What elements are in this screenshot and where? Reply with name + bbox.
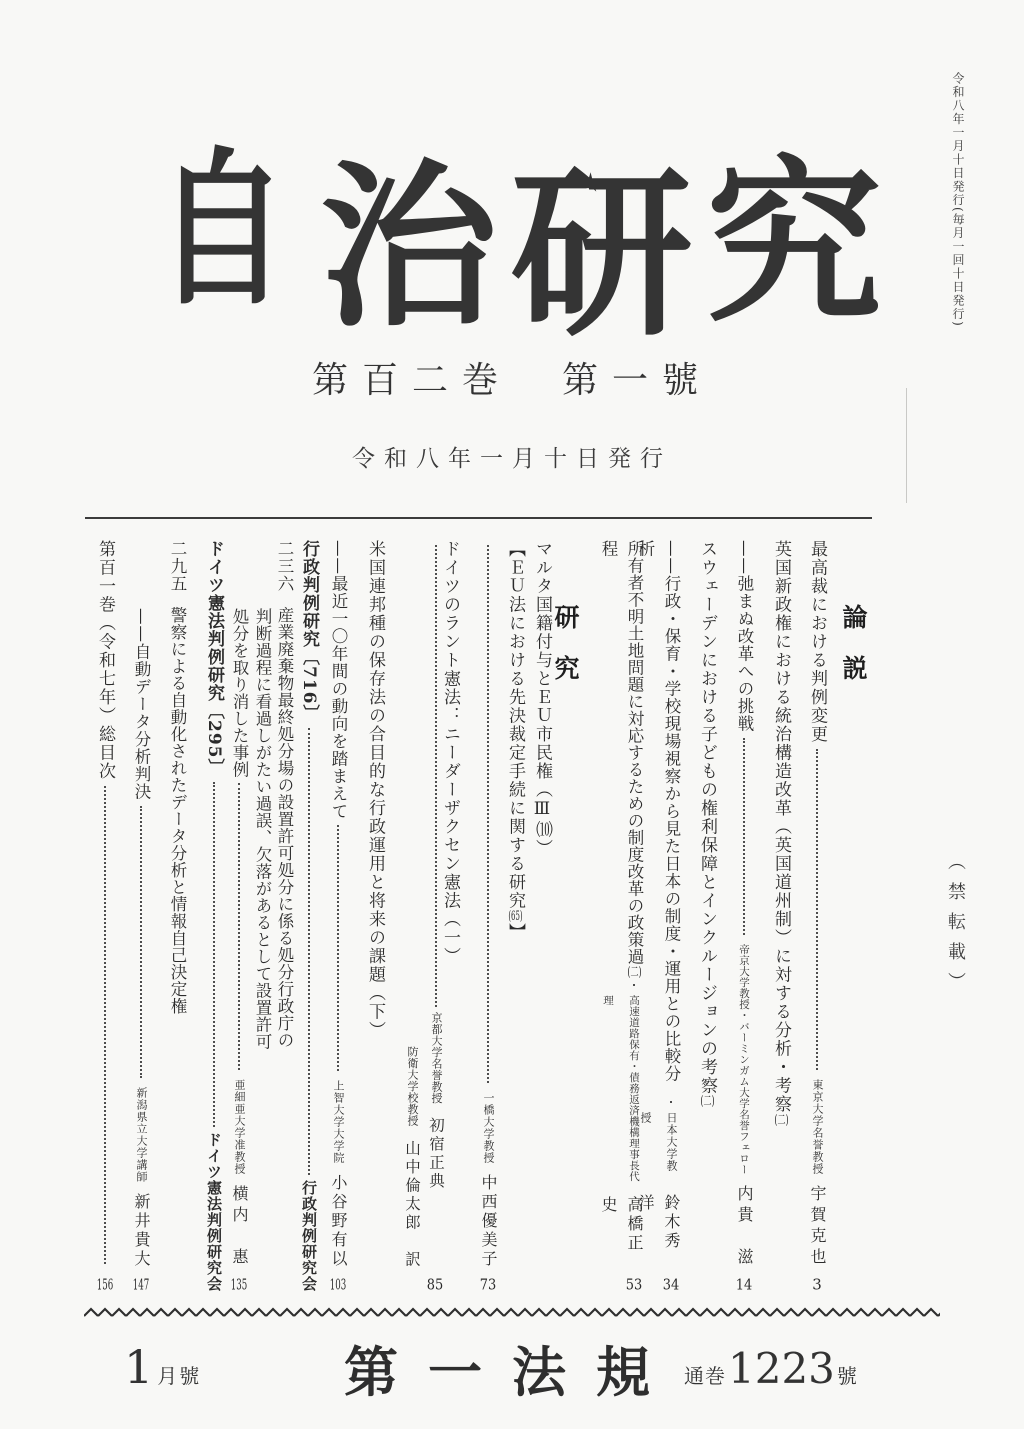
journal-title-char: 研 xyxy=(511,110,693,371)
volume-issue-line: 第百二巻 第一號 xyxy=(0,352,1024,403)
toc-entry-title: 【ＥＵ法における先決裁定手続に関する研究 xyxy=(505,540,525,910)
toc-author-affiliation: 防衛大学校教授 xyxy=(406,1046,419,1127)
no-reprint-notice: （禁転載） xyxy=(942,852,968,1022)
toc-entry: ——自動データ分析判決 新潟県立大学講師 新井貴大 147 xyxy=(128,540,154,1292)
toc-leader-dots xyxy=(658,1096,684,1108)
toc-research-group: 行政判例研究会 xyxy=(296,1180,322,1292)
scanned-journal-cover: { "publication": { "edge_note": "令和八年一月十… xyxy=(0,0,1024,1429)
toc-case-number: 二三六 xyxy=(275,540,294,593)
toc-entry-title: マルタ国籍付与とＥＵ市民権（Ⅲ⑽） xyxy=(532,540,552,858)
toc-page-number: 3 xyxy=(804,1277,830,1292)
toc-leader-dots xyxy=(325,820,351,1076)
serial-number-label: 通巻 1223 號 xyxy=(684,1344,858,1393)
toc-leader-dots xyxy=(731,733,757,941)
toc-leader-dots xyxy=(228,778,250,1075)
toc-series-title: ドイツ憲法判例研究〔295〕 xyxy=(201,540,227,777)
toc-page-number: 103 xyxy=(325,1277,351,1292)
journal-title-char: 究 xyxy=(706,102,882,355)
toc-series-header: 行政判例研究〔716〕 行政判例研究会 xyxy=(296,540,322,1292)
toc-author-line: 京都大学名誉教授 初宿正典 xyxy=(424,1012,448,1269)
toc-leader-dots xyxy=(128,801,154,1084)
toc-author-name: 鈴木秀洋 xyxy=(658,1194,684,1269)
issue-date-line: 令和八年一月十日発行 xyxy=(0,440,1024,473)
toc-author-name: 中西優美子 xyxy=(475,1174,501,1269)
toc-entry: 所有者不明土地問題に対応するための制度改革の政策過程(二) 高速道路保有・債務返… xyxy=(621,540,647,1292)
toc-leader-dots xyxy=(424,540,448,1012)
toc-author-name: 高橋正史 xyxy=(621,1196,647,1269)
toc-entry: ——最近一〇年間の動向を踏まえて 上智大学大学院 小谷野有以 103 xyxy=(325,540,351,1292)
toc-title-number: (二) xyxy=(700,1095,715,1108)
toc-title-number: (65) xyxy=(508,910,523,923)
toc-leader-dots xyxy=(296,723,322,1181)
journal-title: 自 治 研 究 xyxy=(138,96,882,371)
toc-page-number: 85 xyxy=(424,1277,448,1292)
toc-author-affiliation: 一橋大学教授 xyxy=(475,1092,501,1164)
toc-entry-title-line: 二九五警察による自動化されたデータ分析と情報自己決定権 xyxy=(164,540,190,1292)
toc-author-affiliation: 東京大学名誉教授 xyxy=(804,1079,830,1175)
toc-entry-title: 処分を取り消した事例 xyxy=(228,608,250,778)
toc-author-affiliation: 京都大学名誉教授 xyxy=(430,1012,443,1104)
toc-entry: 一橋大学教授 中西優美子 73 xyxy=(475,540,501,1292)
toc-author-name: 初宿正典 xyxy=(424,1117,448,1191)
journal-title-char: 自 xyxy=(156,96,287,337)
toc-series-header: ドイツ憲法判例研究〔295〕 ドイツ憲法判例研究会 xyxy=(201,540,227,1292)
toc-author-name: 小谷野有以 xyxy=(325,1174,351,1269)
toc-entry: 処分を取り消した事例 亜細亜大学准教授 横内 惠 135 xyxy=(228,540,250,1292)
toc-author-name: 山中倫太郎 訳 xyxy=(400,1140,424,1270)
toc-title-bracket: 】 xyxy=(505,923,525,942)
toc-page-number: 135 xyxy=(228,1277,250,1292)
publisher-logo: 第一法規 xyxy=(0,1330,1024,1407)
toc-leader-dots xyxy=(804,744,830,1076)
toc-entry: ——弛まぬ改革への挑戦 帝京大学教授・バーミンガム大学名誉フェロー 内貴 滋 1… xyxy=(731,540,757,1292)
toc-author-affiliation: 上智大学大学院 xyxy=(325,1080,351,1164)
toc-author-affiliation: 帝京大学教授・バーミンガム大学名誉フェロー xyxy=(731,944,757,1175)
scan-artifact-line xyxy=(906,388,907,503)
serial-number: 1223 xyxy=(728,1344,835,1393)
toc-page-number: 34 xyxy=(658,1277,684,1292)
toc-page-number: 147 xyxy=(128,1277,154,1292)
toc-leader-dots xyxy=(475,540,501,1088)
toc-page-number: 14 xyxy=(731,1277,757,1292)
toc-entry-title: 警察による自動化されたデータ分析と情報自己決定権 xyxy=(168,607,187,1015)
toc-entry-title: 最高裁における判例変更 xyxy=(804,540,830,744)
journal-title-char: 治 xyxy=(319,104,497,360)
toc-section-ronsetsu: 論説 xyxy=(840,604,866,734)
toc-title-number: (二) xyxy=(774,1114,789,1127)
toc-entry-title-line: 二三六産業廃棄物最終処分場の設置許可処分に係る処分行政庁の xyxy=(273,540,295,1292)
serial-suffix: 號 xyxy=(837,1360,858,1389)
toc-author-affiliation: 亜細亜大学准教授 xyxy=(228,1079,250,1175)
toc-entry: 最高裁における判例変更 東京大学名誉教授 宇賀克也 3 xyxy=(804,540,830,1292)
toc-entry-subtitle: ——弛まぬ改革への挑戦 xyxy=(731,540,757,733)
toc-entry-title-line: マルタ国籍付与とＥＵ市民権（Ⅲ⑽） xyxy=(529,540,555,1292)
toc-author-name: 新井貴大 xyxy=(128,1193,154,1269)
toc-entry-subtitle: ——最近一〇年間の動向を踏まえて xyxy=(325,540,351,820)
spacer xyxy=(128,540,154,608)
toc-entry: 第百一巻（令和七年）総目次 156 xyxy=(92,540,118,1292)
toc-case-number: 二九五 xyxy=(168,540,187,593)
toc-entry-title: 英国新政権における統治構造改革（英国道州制）に対する分析・考察 xyxy=(771,540,791,1114)
toc-entry-title-line: 英国新政権における統治構造改革（英国道州制）に対する分析・考察(二) xyxy=(768,540,794,1292)
serial-prefix: 通巻 xyxy=(684,1360,726,1389)
toc-author-name: 宇賀克也 xyxy=(804,1185,830,1269)
toc-author-affiliation: 高速道路保有・債務返済機構理事長代理 xyxy=(621,995,647,1186)
toc-page-number: 73 xyxy=(475,1277,501,1292)
toc-entry-title-line: 判断過程に看過しがたい過誤、欠落があるとして設置許可 xyxy=(251,540,273,1292)
toc-entry: 京都大学名誉教授 初宿正典 防衛大学校教授 山中倫太郎 訳 85 xyxy=(398,540,448,1292)
toc-leader-dots xyxy=(201,777,227,1133)
toc-author-pair: 京都大学名誉教授 初宿正典 防衛大学校教授 山中倫太郎 訳 xyxy=(398,1012,448,1269)
toc-author-affiliation: 日本大学教授 xyxy=(658,1112,684,1183)
toc-author-name: 内貴 滋 xyxy=(731,1185,757,1269)
toc-author-line: 防衛大学校教授 山中倫太郎 訳 xyxy=(400,1046,424,1269)
toc-page-number: 53 xyxy=(621,1277,647,1292)
toc-entry: ——行政・保育・学校現場視察から見た日本の制度・運用との比較分析 日本大学教授 … xyxy=(658,540,684,1292)
toc-entry-title: 米国連邦種の保存法の合目的な行政運用と将来の課題（下） xyxy=(365,540,385,1040)
toc-research-group: ドイツ憲法判例研究会 xyxy=(201,1132,227,1292)
toc-page-number: 156 xyxy=(92,1277,118,1292)
toc-section-kenkyu: 研究 xyxy=(552,604,578,734)
edge-publication-note: 令和八年一月十日発行(毎月一回十日発行) xyxy=(950,72,967,382)
toc-entry-title: 産業廃棄物最終処分場の設置許可処分に係る処分行政庁の xyxy=(275,607,294,1049)
toc-author-name: 横内 惠 xyxy=(228,1185,250,1269)
wavy-divider xyxy=(84,1306,940,1320)
toc-author-affiliation: 新潟県立大学講師 xyxy=(128,1087,154,1183)
toc-entry-title: 所有者不明土地問題に対応するための制度改革の政策過程 xyxy=(621,540,647,966)
toc-entry-title-line: スウェーデンにおける子どもの権利保障とインクルージョンの考察(二) xyxy=(694,540,720,1292)
toc-entry-subtitle: ——自動データ分析判決 xyxy=(128,608,154,801)
toc-series-title: 行政判例研究〔716〕 xyxy=(296,540,322,723)
toc-entry-title: スウェーデンにおける子どもの権利保障とインクルージョンの考察 xyxy=(697,540,717,1095)
toc-entry-title: 第百一巻（令和七年）総目次 xyxy=(92,540,118,781)
toc-leader-dots xyxy=(621,979,647,991)
toc-entry-title: 判断過程に看過しがたい過誤、欠落があるとして設置許可 xyxy=(253,608,272,1050)
toc-title-number: (二) xyxy=(621,966,647,979)
toc-entry-title-line: 米国連邦種の保存法の合目的な行政運用と将来の課題（下） xyxy=(362,540,388,1292)
toc-entry-title-line: 【ＥＵ法における先決裁定手続に関する研究(65)】 xyxy=(502,540,528,1292)
toc-leader-dots xyxy=(92,781,118,1270)
spacer xyxy=(228,540,250,608)
toc-entry-subtitle: ——行政・保育・学校現場視察から見た日本の制度・運用との比較分析 xyxy=(658,540,684,1096)
toc-top-rule xyxy=(85,517,872,519)
